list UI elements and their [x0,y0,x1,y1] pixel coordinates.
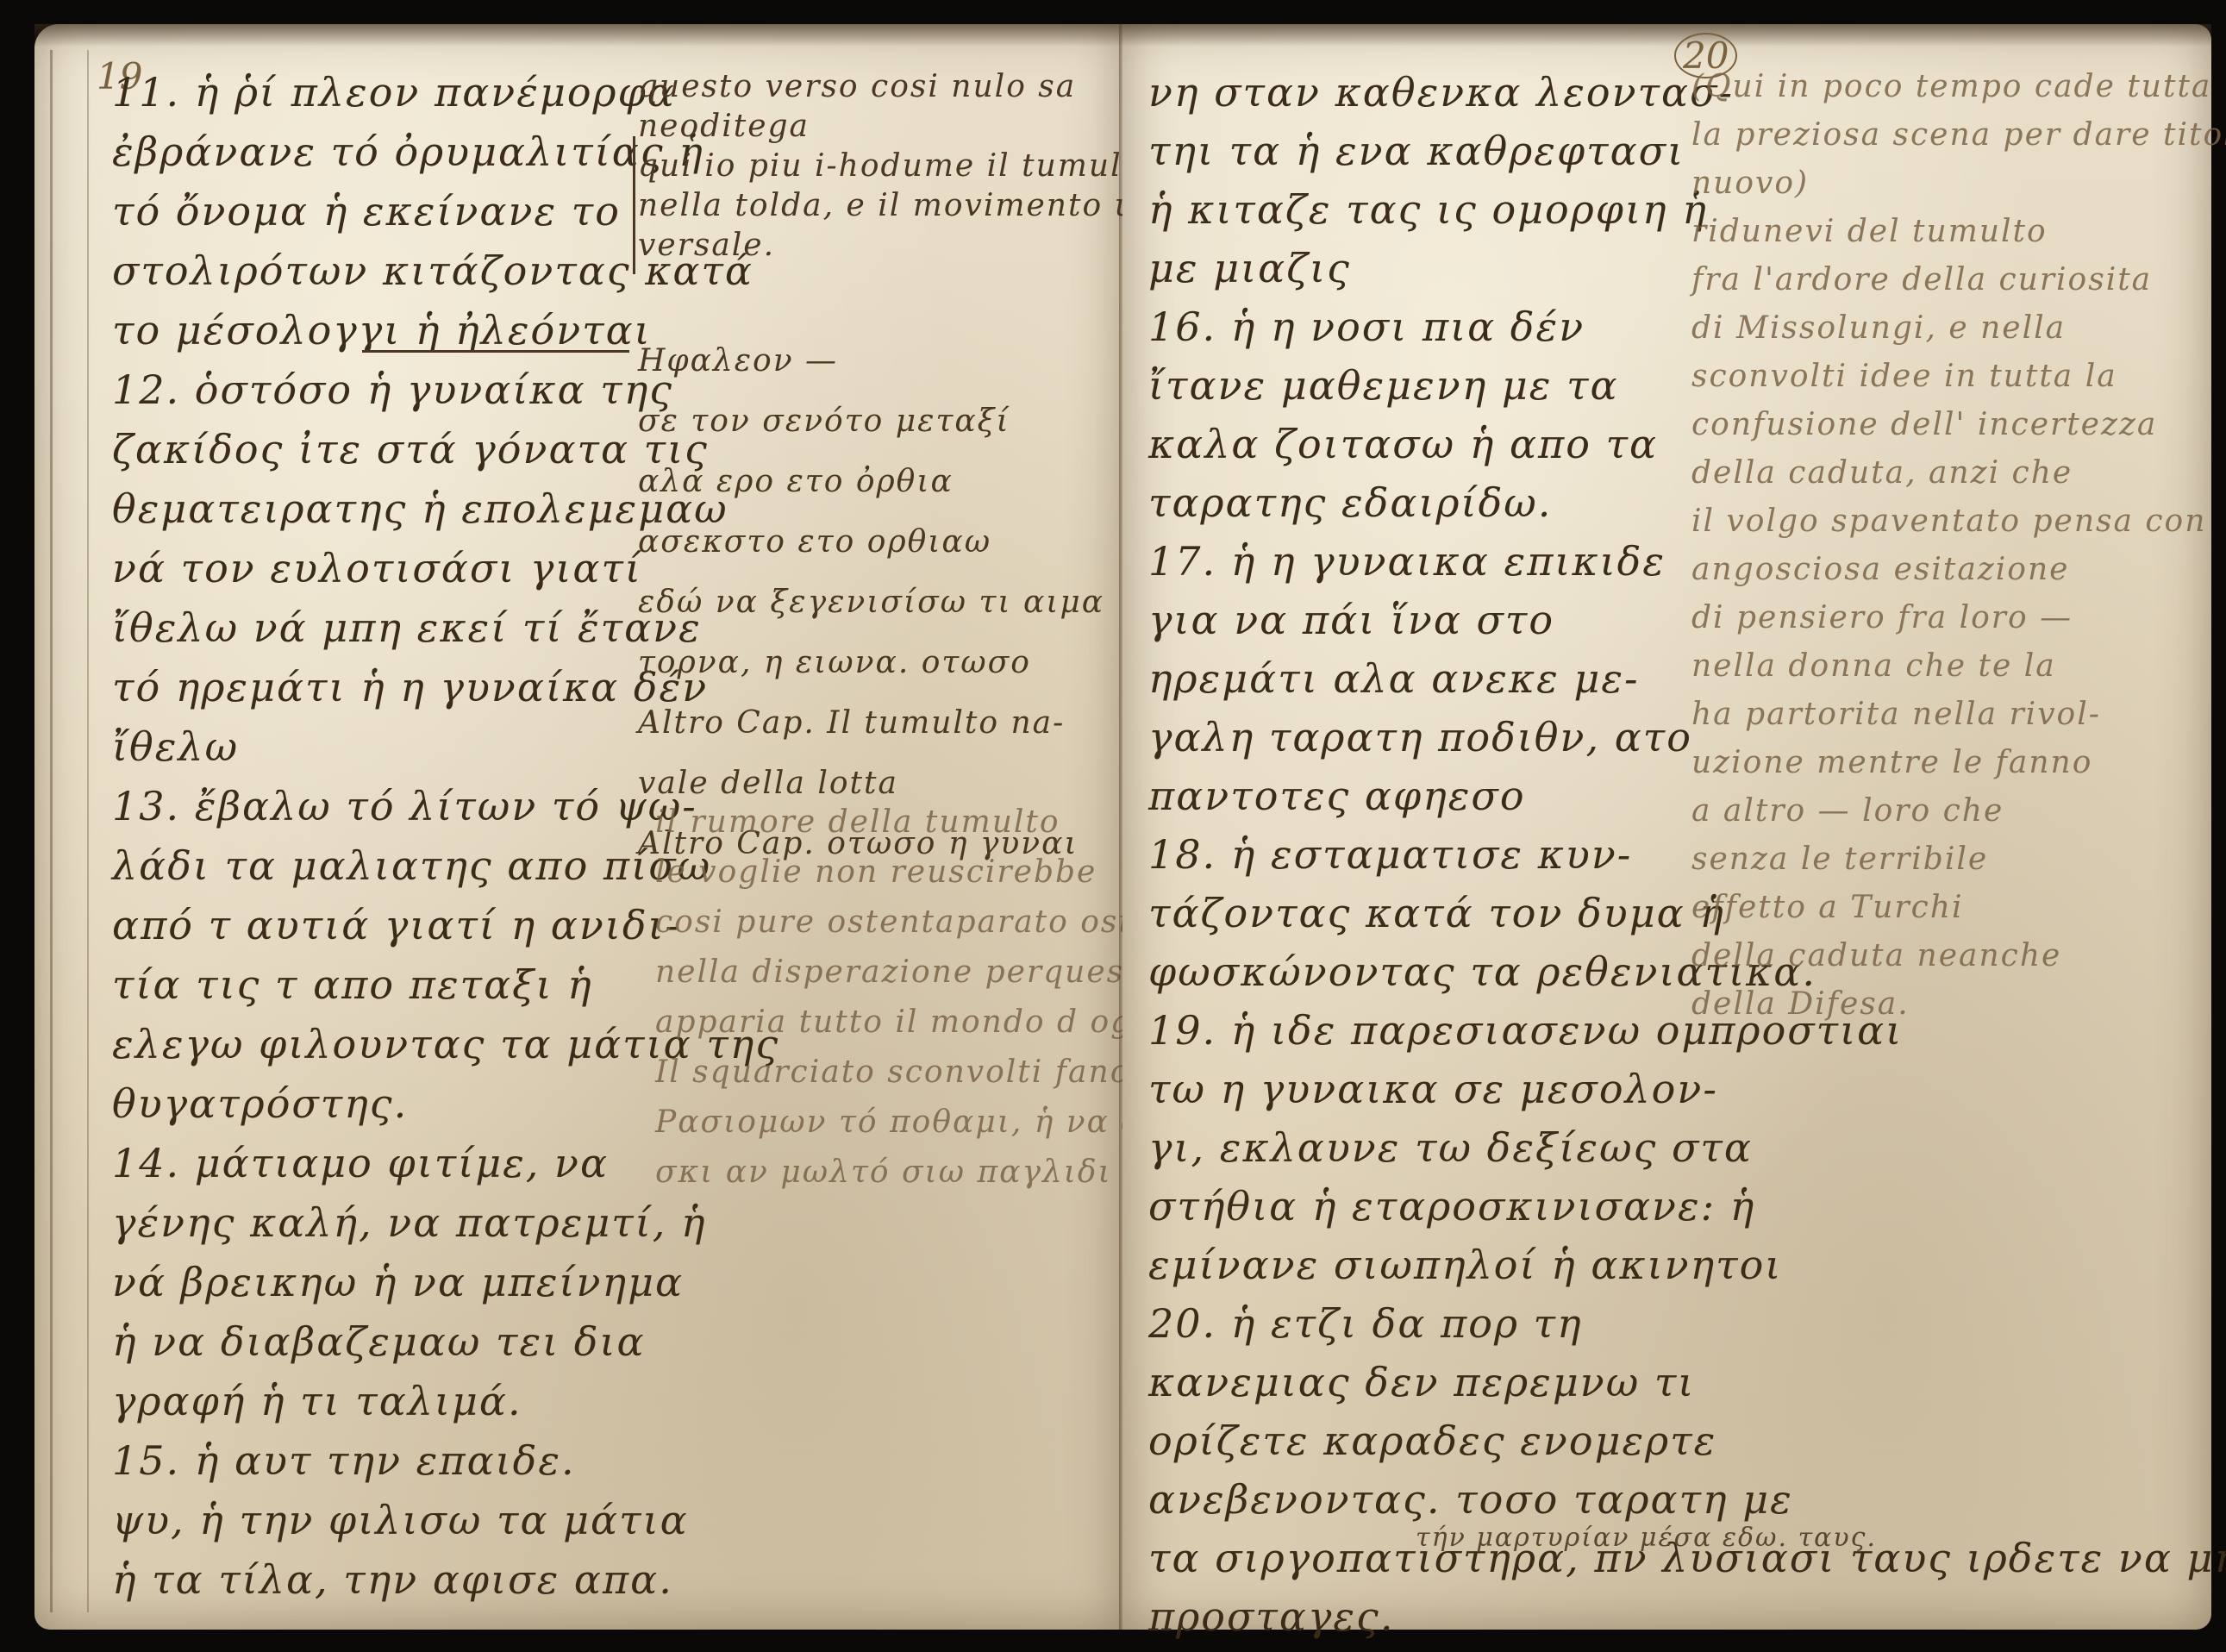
faded-note-line: le voglie non reuscirebbe [655,854,1097,890]
margin-note-line: di pensiero fra loro — [1691,600,2073,635]
margin-bar [633,136,635,274]
manuscript-line: ἡ κιταζε τας ις ομορφιη ἡ [1148,186,1708,233]
margin-note-line: αλα ερο ετο ὀρθια [638,464,954,499]
manuscript-line: 15. ἡ αυτ την επαιδε. [112,1437,576,1484]
faded-note-line: il rumore della tumulto [655,804,1060,840]
faded-note-line: σκι αν μωλτό σιω παγλιδι [655,1155,1112,1190]
margin-note-line: nuovo) [1691,166,1809,201]
margin-note-line: ha partorita nella rivol- [1691,697,2101,732]
manuscript-line: 14. μάτιαμο φιτίμε, να [112,1140,609,1186]
manuscript-line: ἴτανε μαθεμενη με τα [1148,362,1619,409]
manuscript-line: θυγατρόστης. [112,1080,408,1127]
margin-note-line: fra l'ardore della curiosita [1691,262,2152,297]
margin-note-line: senza le terribile [1691,842,1988,877]
manuscript-line: γαλη ταρατη ποδιθν, ατο [1148,714,1692,760]
manuscript-line: γραφή ἡ τι ταλιμά. [112,1378,522,1424]
margin-note-line: la preziosa scena per dare titolo [1691,117,2226,153]
manuscript-line: 16. ἡ η νοσι πια δέν [1148,303,1585,350]
manuscript-line: το μέσολογγι ἡ ἠλεόνται [112,307,652,354]
margin-note-line: della Difesa. [1691,986,1910,1022]
manuscript-line: στήθια ἡ εταροσκινισανε: ἡ [1148,1183,1755,1230]
manuscript-line: παντοτες αφηεσο [1148,773,1526,819]
underline-rule [362,350,629,353]
left-page: 19 11. ἡ ῥί πλεον πανέμορφαἐβράνανε τό ὀ… [34,24,1122,1630]
manuscript-line: 13. ἔβαλω τό λίτων τό ψω- [112,783,697,829]
margin-note-line: neoditega [638,109,810,144]
manuscript-line: θεματειρατης ἡ επολεμεμαω [112,485,728,532]
manuscript-line: ψυ, ἡ την φιλισω τα μάτια [112,1497,689,1543]
margin-note-line: εδώ να ξεγενισίσω τι αιμα [638,585,1104,620]
manuscript-line: με μιαζις [1148,245,1351,291]
manuscript-line: τάζοντας κατά τον δυμα ἡ [1148,890,1725,936]
manuscript-line: προσταγες. [1148,1593,1394,1640]
margin-note-line: vale della lotta [638,766,898,801]
manuscript-line: ανεβενοντας. τοσο ταρατη με [1148,1476,1793,1523]
margin-note-line: qui io piu i-hodume il tumulto [638,148,1157,184]
manuscript-line: τό ὄνομα ἡ εκείνανε το [112,188,621,235]
manuscript-line: 18. ἡ εσταματισε κυν- [1148,831,1632,878]
margin-note-line: nella donna che te la [1691,648,2056,684]
manuscript-line: ζακίδος ἰτε στά γόνατα τις [112,426,709,472]
margin-note-line: di Missolungi, e nella [1691,310,2066,346]
manuscript-line: ἡ τα τίλα, την αφισε απα. [112,1556,673,1603]
margin-note-line: questo verso cosi nulo sa [638,69,1076,104]
manuscript-line: νά βρεικηω ἡ να μπείνημα [112,1259,684,1305]
margin-note-line: sconvolti idee in tutta la [1691,359,2117,394]
manuscript-line: ἴθελω [112,723,239,770]
manuscript-line: 11. ἡ ῥί πλεον πανέμορφα [112,69,676,116]
manuscript-line: νά τον ευλοτισάσι γιατί [112,545,642,591]
margin-note-line: il volgo spaventato pensa con [1691,504,2206,539]
manuscript-line: τία τις τ απο πεταξι ἡ [112,961,593,1008]
margin-note-line: (Qui in poco tempo cade tutta [1691,69,2211,104]
margin-note-line: σε τον σενότο μεταξί [638,404,1010,439]
manuscript-line: νη σταν καθενκα λεοντασ- [1148,69,1734,116]
manuscript-line: τό ηρεμάτι ἡ η γυναίκα δέν [112,664,708,710]
margin-note-line: confusione dell' incertezza [1691,407,2157,442]
manuscript-line: από τ αυτιά γιατί η ανιδι- [112,902,680,948]
margin-note-line: Altro Cap. Il tumulto na- [638,705,1065,741]
manuscript-line: γένης καλή, να πατρεμτί, ἡ [112,1199,707,1246]
margin-note-line: della caduta neanche [1691,938,2061,973]
margin-note-line: τορνα, η ειωνα. οτωσο [638,645,1031,680]
margin-note-line: versale. [638,228,775,263]
faded-note-line: apparia tutto il mondo d oggi [655,1004,1166,1040]
manuscript-line: ηρεμάτι αλα ανεκε με- [1148,655,1640,702]
margin-note-line: effetto a Turchi [1691,890,1963,925]
margin-note-line: nella tolda, e il movimento uni [638,188,1169,223]
manuscript-line: τηι τα ἡ ενα καθρεφτασι [1148,128,1685,174]
manuscript-line: ἐβράνανε τό ὀρυμαλιτίας ἡ [112,128,704,175]
manuscript-line: γι, εκλαυνε τω δεξίεως στα [1148,1124,1753,1171]
margin-note-line: uzione mentre le fanno [1691,745,2092,780]
manuscript-line: 12. ὁστόσο ἡ γυναίκα της [112,366,673,413]
manuscript-line: εμίνανε σιωπηλοί ἡ ακινητοι [1148,1242,1782,1288]
margin-note-line: ασεκστο ετο ορθιαω [638,524,991,560]
right-page: 20 νη σταν καθενκα λεοντασ-τηι τα ἡ ενα … [1122,24,2211,1630]
manuscript-line: τω η γυναικα σε μεσολον- [1148,1066,1718,1112]
manuscript-line: 20. ἡ ετζι δα πορ τη [1148,1300,1583,1347]
manuscript-line: ἡ να διαβαζεμαω τει δια [112,1318,646,1365]
manuscript-line: λάδι τα μαλιατης απο πίσω [112,842,711,889]
manuscript-line: ορίζετε καραδες ενομερτε [1148,1417,1716,1464]
margin-note-line: Ηφαλεον — [638,343,838,379]
margin-note-line: a altro — loro che [1691,793,2004,829]
manuscript-line: κανεμιας δεν περεμνω τι [1148,1359,1695,1405]
margin-note-line: ridunevi del tumulto [1691,214,2048,249]
faded-note-line: nella disperazione perquesta [655,954,1159,990]
manuscript-line: ταρατης εδαιρίδω. [1148,479,1552,526]
margin-note-line: angosciosa esitazione [1691,552,2069,587]
manuscript-line: για να πάι ἵνα στο [1148,597,1554,643]
interlinear-note: τήν μαρτυρίαν μέσα εδω. ταυς. [1416,1523,1877,1553]
manuscript-line: 17. ἡ η γυναικα επικιδε [1148,538,1666,585]
margin-note-line: della caduta, anzi che [1691,455,2073,491]
manuscript-line: ἴθελω νά μπη εκεί τί ἔτανε [112,604,702,651]
notebook-spread: 19 11. ἡ ῥί πλεον πανέμορφαἐβράνανε τό ὀ… [34,24,2211,1630]
manuscript-line: καλα ζοιτασω ἡ απο τα [1148,421,1658,467]
